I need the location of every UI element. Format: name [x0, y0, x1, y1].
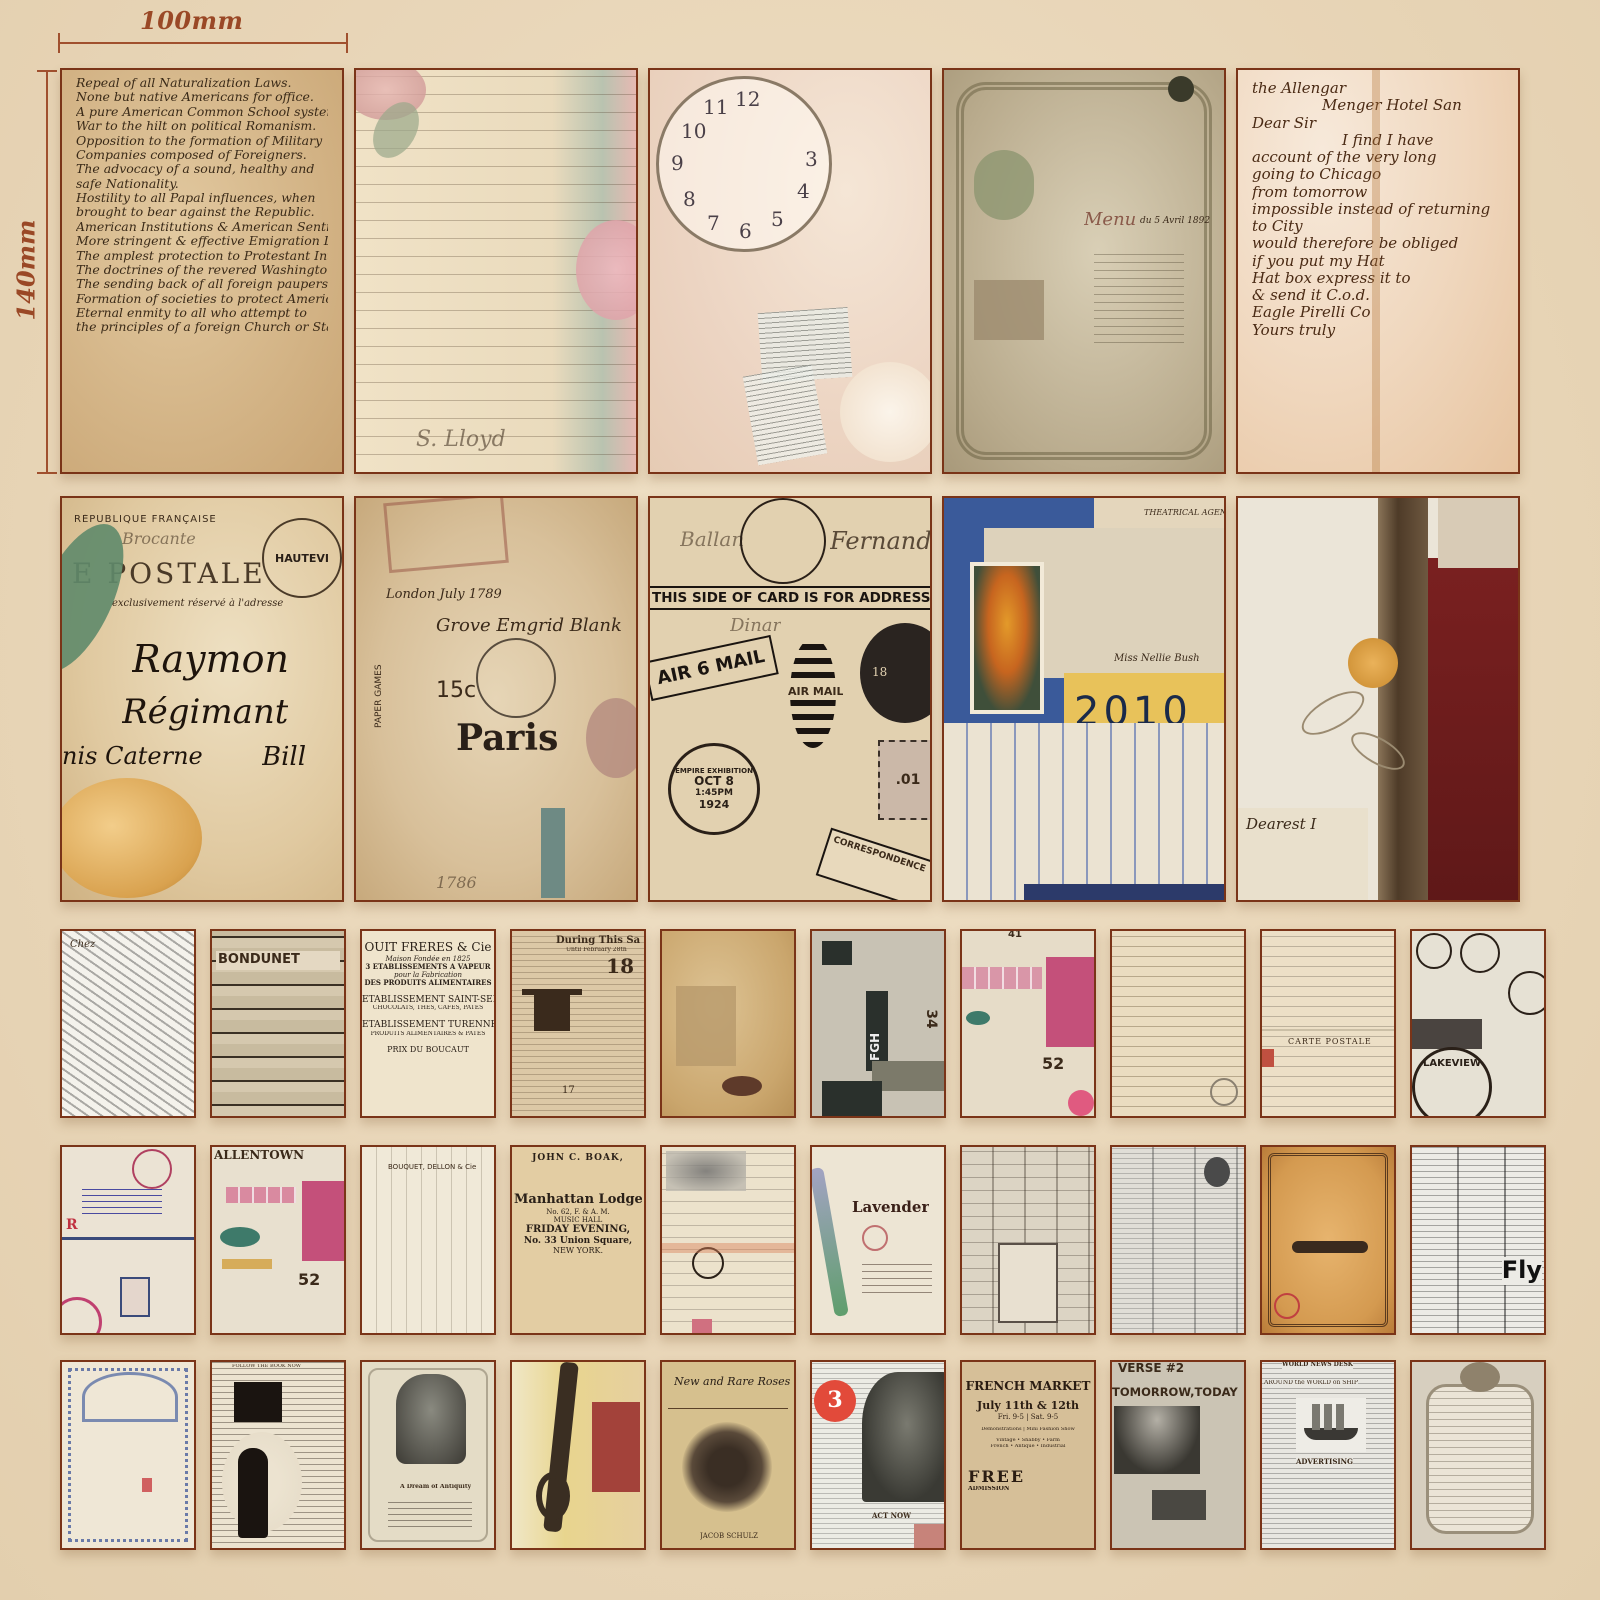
- card-tan-collage: [660, 929, 796, 1118]
- blue-stamp: [120, 1277, 150, 1317]
- card-carte-postale: RÉPUBLIQUE FRANÇAISE Brocante E POSTALE …: [60, 496, 344, 902]
- card-bw-script: Chez: [60, 929, 196, 1118]
- airmail-rectangle-stamp: AIR 6 MAIL: [650, 635, 779, 701]
- card-horses-letter: [660, 1145, 796, 1335]
- burgundy-paper: [1428, 558, 1518, 900]
- flower-card: [970, 562, 1044, 714]
- card-bondunet-ads: BONDUNET: [210, 929, 346, 1118]
- card-faded-script: [1110, 929, 1246, 1118]
- width-dimension-line: [58, 42, 348, 44]
- card-french-market: FRENCH MARKET July 11th & 12th Fri. 9-5 …: [960, 1360, 1096, 1550]
- typewriter-illustration: [862, 1372, 946, 1502]
- address-banner: THIS SIDE OF CARD IS FOR ADDRESS: [650, 586, 930, 610]
- butterfly-icon: [220, 1227, 260, 1247]
- card-ticket-butterfly: 41 52: [960, 929, 1096, 1118]
- moon-engraving: [396, 1374, 466, 1464]
- height-dimension-line: [46, 70, 48, 474]
- fruit-illustration: [62, 778, 202, 898]
- pink-tag: [1046, 957, 1096, 1047]
- butterfly-icon: [966, 1011, 990, 1025]
- postmark-1: [1416, 933, 1452, 969]
- red-stamp: [142, 1478, 152, 1492]
- card-paris-collage: London July 1789 Grove Emgrid Blank FANC…: [354, 496, 638, 902]
- pink-stamp: [586, 698, 636, 778]
- note-paper: Dearest I: [1238, 808, 1368, 900]
- sewing-machine-illustration: [522, 971, 582, 1031]
- postmark-3: [1508, 971, 1546, 1015]
- forest-photo: [1114, 1406, 1200, 1474]
- pink-flower: [1068, 1090, 1094, 1116]
- blue-arch: [82, 1372, 178, 1422]
- card-engraving-poem: A Dream of Antiquity: [360, 1360, 496, 1550]
- photo-2: [1152, 1490, 1206, 1520]
- red-tag: [592, 1402, 640, 1492]
- tan-square: [676, 986, 736, 1066]
- postage-stamp: .01: [878, 740, 930, 820]
- empire-exhibition-postmark: EMPIRE EXHIBITION OCT 8 1:45PM 1924: [668, 743, 760, 835]
- text-lines: [862, 1259, 932, 1299]
- correspondence-card: CORRESPONDENCE: [816, 828, 930, 900]
- card-fgh-collage: FGH 34: [810, 929, 946, 1118]
- dark-flower: [722, 1076, 762, 1096]
- card-orange-certificate: [1260, 1145, 1396, 1335]
- blue-writing: [82, 1189, 162, 1219]
- green-strip: [541, 808, 565, 898]
- landscape-vignette: [974, 150, 1034, 220]
- width-dimension-label: 100mm: [140, 6, 243, 35]
- card-postmarks: LAKEVIEW: [1410, 929, 1546, 1118]
- wax-seal-icon: [1348, 638, 1398, 688]
- red-seal: [862, 1225, 888, 1251]
- divider: [1262, 1029, 1394, 1031]
- pink-stamp: [914, 1524, 944, 1548]
- rectangular-stamp: [383, 498, 509, 573]
- dark-block-2: [822, 1081, 882, 1118]
- card-newspaper-ads: [960, 1145, 1096, 1335]
- pink-tag: [302, 1181, 346, 1261]
- sheet-music-2: [743, 365, 828, 466]
- round-postmark: [476, 638, 556, 718]
- olive-block: [872, 1061, 946, 1091]
- card-ornate-menu: Menu du 5 Avril 1892: [942, 68, 1226, 474]
- dark-block: [822, 941, 852, 965]
- divider: [668, 1408, 788, 1409]
- card-ornate-frame: [1410, 1360, 1546, 1550]
- fgh-label: FGH: [866, 991, 888, 1071]
- silhouette-figure: [238, 1448, 268, 1538]
- ad-box: [998, 1243, 1058, 1323]
- frame-panel: [1426, 1384, 1534, 1534]
- height-dimension-label: 140mm: [12, 220, 41, 321]
- rose-illustration: [682, 1422, 772, 1512]
- menu-lines: [1094, 250, 1184, 350]
- navy-strip: [1024, 884, 1224, 900]
- clock-face: 12 11 10 9 8 7 6 5 4 3: [656, 76, 832, 252]
- torn-bark-strip: [1378, 498, 1428, 900]
- card-sewing-machine: During This Sale Until February 28th 18 …: [510, 929, 646, 1118]
- red-seal: [1274, 1293, 1300, 1319]
- pink-tickets: [226, 1187, 296, 1203]
- pink-rose-decoration: [576, 220, 636, 320]
- red-stamp: [1262, 1049, 1274, 1067]
- card-clock-flowers: 12 11 10 9 8 7 6 5 4 3: [648, 68, 932, 474]
- card-carte-postale-small: CARTE POSTALE: [1260, 929, 1396, 1118]
- card-tomorrow-today: VERSE #2 TOMORROW,TODAY: [1110, 1360, 1246, 1550]
- orange-band: [662, 1243, 794, 1253]
- card-ship-newspaper: WORLD NEWS DESK AROUND the WORLD on SHIP…: [1260, 1360, 1396, 1550]
- castle-vignette: [974, 280, 1044, 340]
- round-stamp: [1210, 1078, 1238, 1106]
- ship-engraving: [1296, 1398, 1366, 1452]
- postmark-paper: [1438, 498, 1518, 568]
- card-red-stamps: R: [60, 1145, 196, 1335]
- engraving-dark: [234, 1382, 282, 1422]
- card-lavender: Lavender: [810, 1145, 946, 1335]
- blue-script-letter: [944, 723, 1224, 900]
- dark-block: [1412, 1019, 1482, 1049]
- red-postmark: [132, 1149, 172, 1189]
- portrait: [1204, 1157, 1230, 1187]
- card-invoice: BOUQUET, DELLON & Cie: [360, 1145, 496, 1335]
- lavender-illustration: [810, 1167, 849, 1317]
- card-silhouette-book: FOLLOW THE BOOK NOW: [210, 1360, 346, 1550]
- white-flowers: [840, 362, 932, 462]
- card-manhattan-lodge: JOHN C. BOAK, Manhattan Lodge, No. 62, F…: [510, 1145, 646, 1335]
- card-ouit-freres: OUIT FRÈRES & Cie Maison Fondée en 1825 …: [360, 929, 496, 1118]
- horses-engraving: [666, 1151, 746, 1191]
- card-script-letter: Repeal of all Naturalization Laws. None …: [60, 68, 344, 474]
- certificate-banner: [1292, 1241, 1368, 1253]
- card-fly-newspaper: Fly: [1410, 1145, 1546, 1335]
- saxophone-bell: [536, 1472, 570, 1520]
- blue-divider: [62, 1237, 194, 1240]
- postmark-2: [1460, 933, 1500, 973]
- card-saxophone: [510, 1360, 646, 1550]
- card-airmail: Ballan Fernand THIS SIDE OF CARD IS FOR …: [648, 496, 932, 902]
- card-typewriter: 3 ACT NOW: [810, 1360, 946, 1550]
- cameo-stamp: 18: [860, 623, 930, 723]
- card-blue-collage: THEATRICAL AGENCY Miss Nellie Bush 2010: [942, 496, 1226, 902]
- card-gray-newspaper: [1110, 1145, 1246, 1335]
- pink-stamp: [692, 1319, 712, 1333]
- poem-lines: [388, 1502, 472, 1532]
- emblem: [1168, 76, 1194, 102]
- card-blue-certificate: [60, 1360, 196, 1550]
- signature: S. Lloyd: [416, 427, 506, 452]
- postmark-stamp: [740, 498, 826, 584]
- card-wax-seal: Dearest I: [1236, 496, 1520, 902]
- card-rose-print: New and Rare Roses JACOB SCHULZ: [660, 1360, 796, 1550]
- postmark-stamp: HAUTEVI: [262, 518, 342, 598]
- pink-postmark: [60, 1297, 102, 1335]
- pink-tickets: [962, 967, 1042, 989]
- lakeview-postmark: LAKEVIEW: [1412, 1047, 1492, 1118]
- card-hotel-letter: the Allengar Menger Hotel San Dear Sir I…: [1236, 68, 1520, 474]
- fold-stain: [1372, 70, 1380, 472]
- yellow-strip: [222, 1259, 272, 1269]
- crest-icon: [1460, 1362, 1500, 1392]
- card-allentown: ALLENTOWN 52: [210, 1145, 346, 1335]
- card-floral-letter: S. Lloyd: [354, 68, 638, 474]
- price-badge: 3: [814, 1380, 856, 1422]
